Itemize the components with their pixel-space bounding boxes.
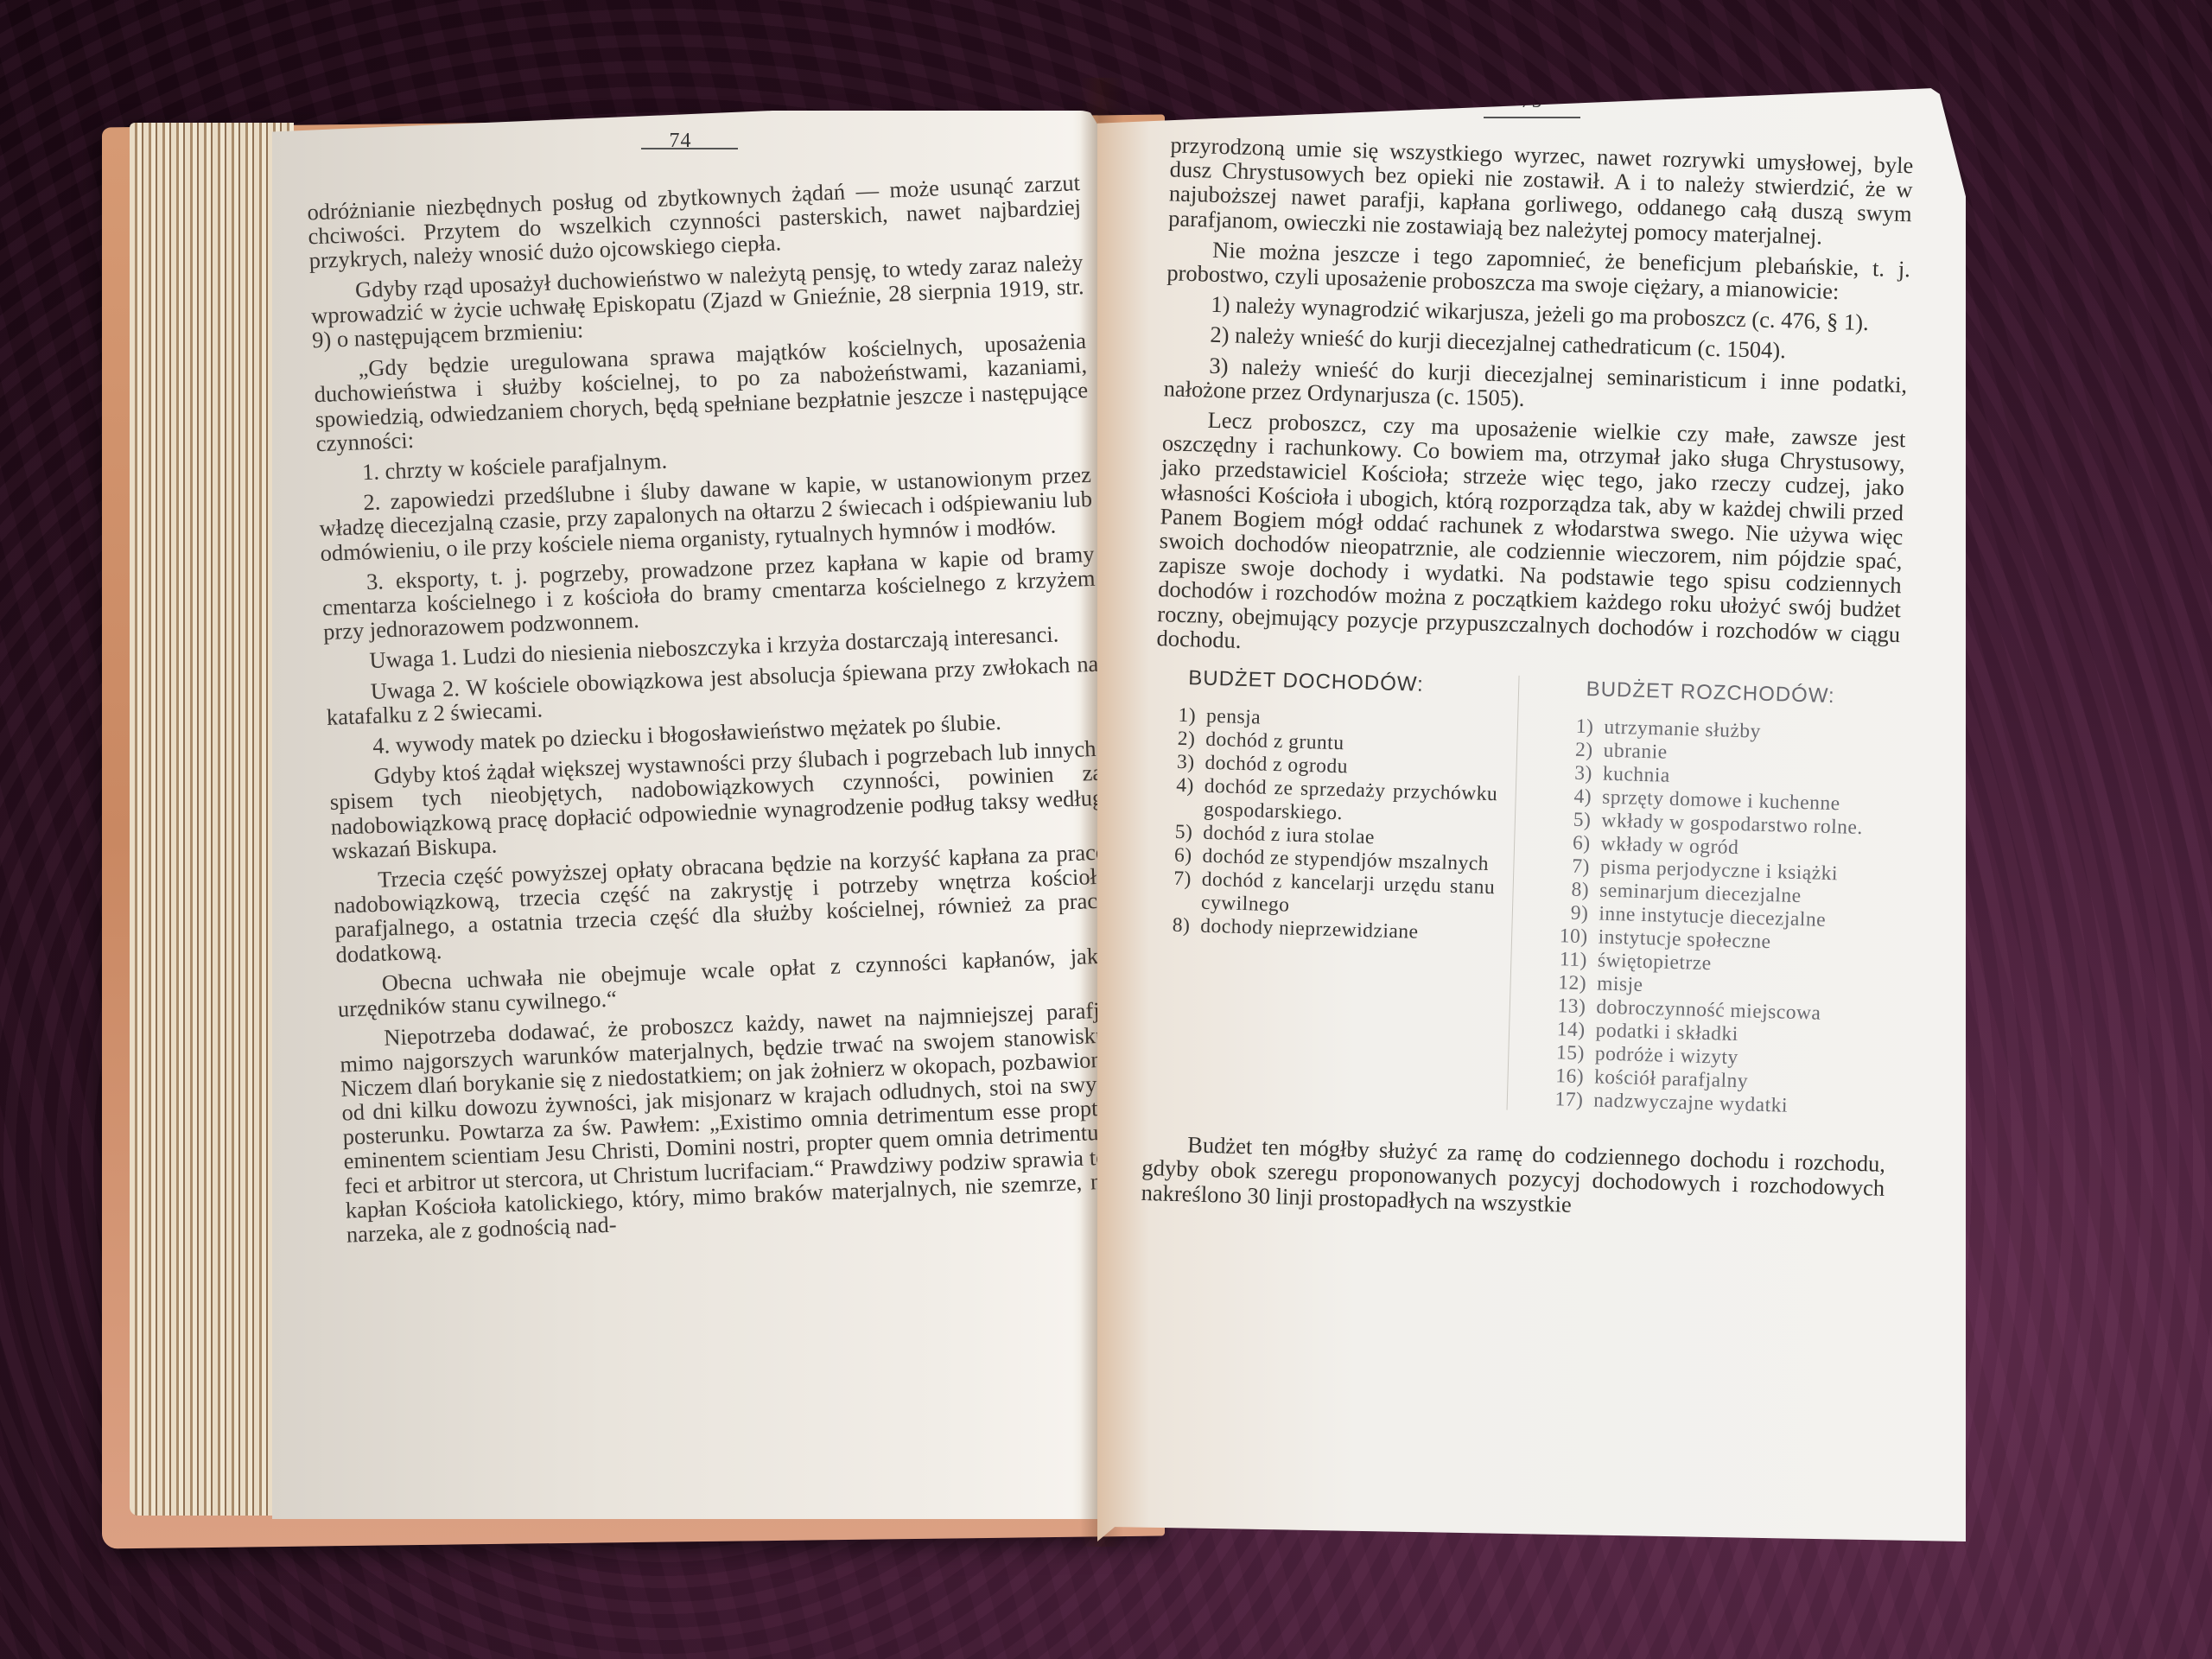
right-page-body: przyrodzoną umie się wszystkiego wyrzec,… <box>1097 130 1966 1226</box>
item-number: 3) <box>1551 761 1604 786</box>
paragraph: Niepotrzeba dodawać, że proboszcz każdy,… <box>339 998 1106 1247</box>
left-page-body: odróżnianie niezbędnych posług od zbytko… <box>272 169 1106 1248</box>
item-number: 4) <box>1152 773 1205 822</box>
item-number: 5) <box>1151 820 1204 845</box>
budget-income-column: BUDŻET DOCHODÓW: 1)pensja 2)dochód z gru… <box>1144 665 1519 1110</box>
item-text: dochód z kancelarji urzędu stanu cywilne… <box>1201 868 1496 923</box>
item-number: 1) <box>1154 703 1207 728</box>
page-number-rule <box>1484 117 1580 118</box>
item-number: 5) <box>1549 808 1602 833</box>
item-number: 6) <box>1548 831 1601 856</box>
page-edges-stack <box>130 123 294 1516</box>
item-number: 16) <box>1542 1065 1595 1090</box>
item-number: 17) <box>1541 1088 1594 1113</box>
budget-table: BUDŻET DOCHODÓW: 1)pensja 2)dochód z gru… <box>1144 665 1899 1121</box>
budget-expenses-column: BUDŻET ROZCHODÓW: 1)utrzymanie służby 2)… <box>1507 676 1898 1121</box>
item-number: 13) <box>1544 995 1597 1020</box>
item-number: 11) <box>1546 948 1599 973</box>
right-page: 75 przyrodzoną umie się wszystkiego wyrz… <box>1097 79 1966 1541</box>
budget-expenses-heading: BUDŻET ROZCHODÓW: <box>1586 677 1898 710</box>
item-number: 3) <box>1153 750 1205 775</box>
item-number: 8) <box>1148 913 1201 938</box>
item-number: 10) <box>1546 925 1599 950</box>
closing-paragraph: Budżet ten mógłby służyć za ramę do codz… <box>1141 1131 1885 1225</box>
item-number: 2) <box>1154 727 1206 752</box>
item-number: 1) <box>1552 715 1605 740</box>
budget-expenses-list: 1)utrzymanie służby 2)ubranie 3)kuchnia … <box>1541 715 1897 1121</box>
item-number: 9) <box>1547 901 1599 926</box>
item-number: 7) <box>1548 855 1601 880</box>
item-number: 8) <box>1548 878 1600 903</box>
paragraph: Lecz proboszcz, czy ma uposażenie wielki… <box>1156 406 1906 671</box>
item-number: 15) <box>1543 1041 1596 1066</box>
budget-income-heading: BUDŻET DOCHODÓW: <box>1188 666 1501 699</box>
item-number: 14) <box>1543 1018 1596 1043</box>
item-number: 7) <box>1149 867 1202 915</box>
item-number: 2) <box>1551 738 1604 763</box>
left-page: 74 odróżnianie niezbędnych posług od zby… <box>272 111 1106 1519</box>
item-text: dochód ze sprzedaży przychówku gospodars… <box>1204 775 1498 829</box>
item-number: 6) <box>1150 843 1203 868</box>
paragraph: przyrodzoną umie się wszystkiego wyrzec,… <box>1168 132 1914 251</box>
item-number: 4) <box>1550 785 1603 810</box>
item-number: 12) <box>1545 971 1598 996</box>
budget-income-list: 1)pensja 2)dochód z gruntu 3)dochód z og… <box>1148 703 1500 946</box>
page-number-left: 74 <box>272 130 1097 153</box>
